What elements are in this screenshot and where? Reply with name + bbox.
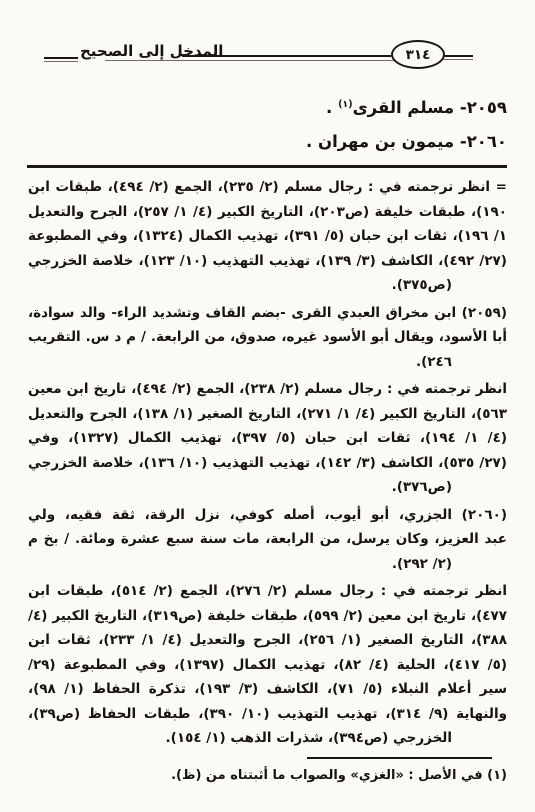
footnote-line: أبا الأسود، ويقال أبو الأسود غيره، صدوق،…: [28, 325, 507, 350]
header-rule-right-bottom: [443, 59, 473, 60]
bottom-footnote: (١) في الأصل : «الغزي» والصواب ما أثبتنا…: [28, 764, 507, 788]
footnote-block-2059-bio: (٢٠٥٩) ابن مخراق العبدي القرى -بضم القاف…: [28, 301, 507, 375]
footnote-line: (٢٠٥٩) ابن مخراق العبدي القرى -بضم القاف…: [28, 301, 507, 326]
footnote-line: والنهاية (٩/ ٣١٤)، تهذيب التهذيب (١٠/ ٣٩…: [28, 702, 507, 727]
footnote-line: (ص٣٧٥).: [28, 273, 507, 298]
header-rule-left-bottom: [44, 61, 78, 62]
footnote-line: سير أعلام النبلاء (٥/ ٧١)، الكاشف (٣/ ١٩…: [28, 677, 507, 702]
header-rule-main: [182, 55, 391, 57]
entry-2060-suffix: .: [306, 132, 318, 151]
entry-2060-text: ٢٠٦٠- ميمون بن مهران: [318, 132, 507, 151]
book-title: المدخل إلى الصحيح: [80, 41, 223, 61]
footnote-ref-1: (١): [338, 99, 353, 110]
footnote-line: (٢٧/ ٤٩٢)، الكاشف (٣/ ١٣٩)، تهذيب التهذي…: [28, 249, 507, 274]
entry-2059-text: ٢٠٥٩- مسلم القرى: [353, 98, 507, 117]
footnote-line: انظر ترجمته في : رجال مسلم (٢/ ٢٣٨)، الج…: [28, 377, 507, 402]
bottom-footnote-separator: [307, 757, 492, 759]
footnote-line: (٢٧/ ٥٣٥)، الكاشف (٣/ ١٤٢)، تهذيب التهذي…: [28, 451, 507, 476]
footnote-block-2060-sources: انظر ترجمته في : رجال مسلم (٢/ ٢٧٦)، الج…: [28, 579, 507, 751]
footnote-line: (٥/ ٤١٧)، الحلية (٤/ ٨٢)، تهذيب الكمال (…: [28, 653, 507, 678]
footnote-line: (٤/ ١/ ١٩٤)، ثقات ابن حبان (٥/ ٣٩٧)، تهذ…: [28, 426, 507, 451]
footnote-line: (٢٠٦٠) الجزري، أبو أيوب، أصله كوفي، نزل …: [28, 503, 507, 528]
footnote-line: ١٩٠)، طبقات خليفة (ص٢٠٣)، التاريخ الكبير…: [28, 200, 507, 225]
footnote-line: انظر ترجمته في : رجال مسلم (٢/ ٢٧٦)، الج…: [28, 579, 507, 604]
footnote-line: ٤٧٧)، تاريخ ابن معين (٢/ ٥٩٩)، طبقات خلي…: [28, 604, 507, 629]
footnote-line: ٢٤٦).: [28, 350, 507, 375]
footnote-line: ٥٦٣)، التاريخ الكبير (٤/ ١/ ٢٧١)، التاري…: [28, 402, 507, 427]
footnote-block-continuation: = انظر ترجمته في : رجال مسلم (٢/ ٢٣٥)، ا…: [28, 175, 507, 298]
footnote-line: (٢/ ٢٩٢).: [28, 552, 507, 577]
footnote-line: عبد العزيز، وكان يرسل، من الرابعة، مات س…: [28, 527, 507, 552]
footnote-block-2060-bio: (٢٠٦٠) الجزري، أبو أيوب، أصله كوفي، نزل …: [28, 503, 507, 577]
header-rule-right-top: [443, 55, 473, 57]
header-rule-under: [105, 60, 437, 61]
entries-list: ٢٠٥٩- مسلم القرى(١) . ٢٠٦٠- ميمون بن مهر…: [28, 88, 507, 156]
footnote-divider-rule: [27, 165, 507, 168]
page-number-badge: ٣١٤: [391, 40, 445, 69]
page-number: ٣١٤: [406, 47, 431, 63]
header-rule-left-top: [44, 57, 78, 59]
footnote-line: ٣٨٨)، التاريخ الصغير (١/ ٢٥٦)، الجرح وال…: [28, 628, 507, 653]
footnote-block-2059-sources: انظر ترجمته في : رجال مسلم (٢/ ٢٣٨)، الج…: [28, 377, 507, 500]
footnote-line: (ص٣٧٦).: [28, 475, 507, 500]
entry-2059-suffix: .: [326, 98, 338, 117]
entry-2059: ٢٠٥٩- مسلم القرى(١) .: [28, 88, 507, 122]
footnote-line: ١/ ١٩٦)، ثقات ابن حبان (٥/ ٣٩١)، تهذيب ا…: [28, 224, 507, 249]
entry-2060: ٢٠٦٠- ميمون بن مهران .: [28, 122, 507, 156]
footnote-line: الخزرجي (ص٣٩٤)، شذرات الذهب (١/ ١٥٤).: [28, 726, 507, 751]
footnotes-area: = انظر ترجمته في : رجال مسلم (٢/ ٢٣٥)، ا…: [28, 175, 507, 754]
book-page: المدخل إلى الصحيح ٣١٤ ٢٠٥٩- مسلم القرى(١…: [0, 0, 535, 812]
footnote-line: = انظر ترجمته في : رجال مسلم (٢/ ٢٣٥)، ا…: [28, 175, 507, 200]
page-header: المدخل إلى الصحيح ٣١٤: [0, 0, 535, 82]
